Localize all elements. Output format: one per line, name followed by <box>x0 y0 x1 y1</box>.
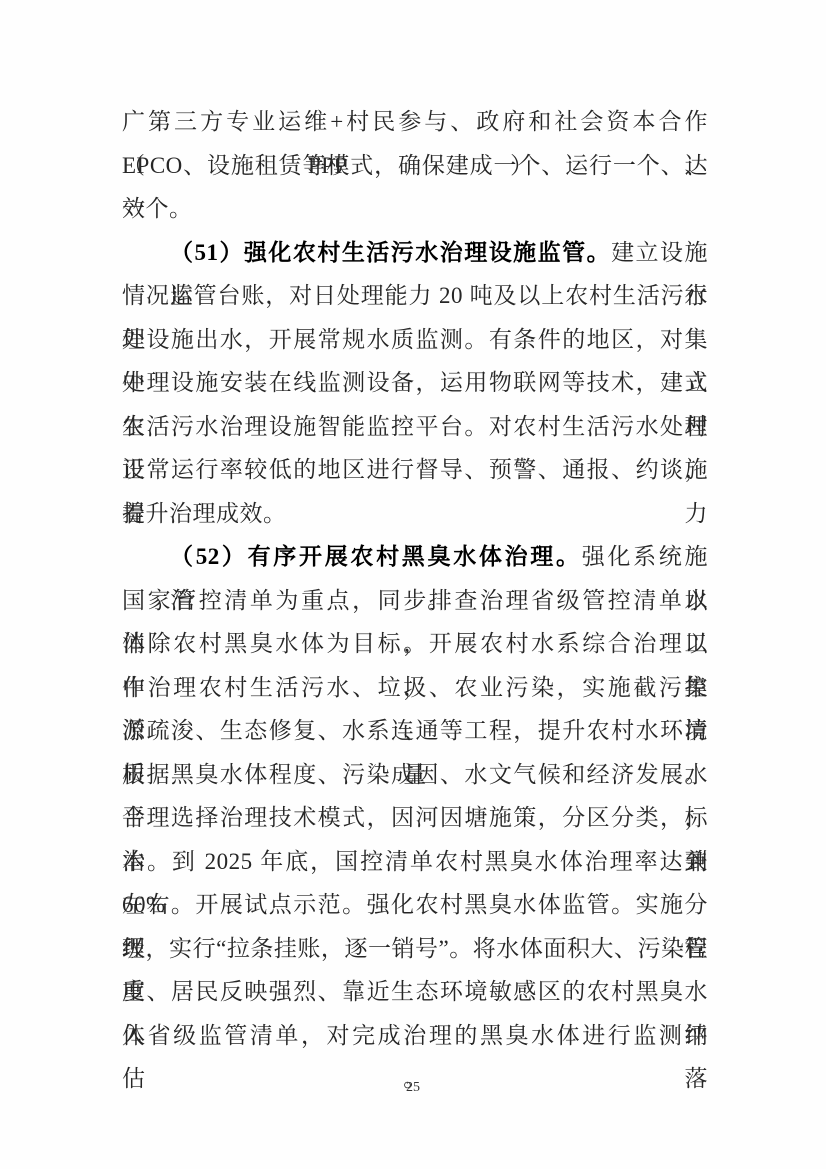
text-line: 国家管控清单为重点，同步排查治理省级管控清单水体。以 <box>122 579 708 623</box>
text-line: 入省级监管清单，对完成治理的黑臭水体进行监测评估。落 <box>122 1014 708 1058</box>
document-body: 广第三方专业运维+村民参与、政府和社会资本合作（PPP）、EPCO、设施租赁等模… <box>122 100 708 1057</box>
text-line: 理，实行“拉条挂账，逐一销号”。将水体面积大、污染程度 <box>122 927 708 971</box>
page-footer: 25 <box>0 1078 826 1096</box>
text-line: 一个。 <box>122 187 708 231</box>
text-line: 合理选择治理技术模式，因河因塘施策，分区分类，标本兼 <box>122 796 708 840</box>
text-line: 淤疏浚、生态修复、水系连通等工程，提升农村水环境质量。 <box>122 709 708 753</box>
text-line: 正常运行率较低的地区进行督导、预警、通报、约谈，着力 <box>122 448 708 492</box>
paragraph-heading-run: （52）有序开展农村黑臭水体治理。 <box>170 544 582 569</box>
text-line: 中治理农村生活污水、垃圾、农业污染，实施截污控源、清 <box>122 666 708 710</box>
paragraph-heading-run: （51）强化农村生活污水治理设施监管。 <box>170 240 611 265</box>
text-line: 理设施出水，开展常规水质监测。有条件的地区，对集中式 <box>122 318 708 362</box>
text-line: 治。到 2025 年底，国控清单农村黑臭水体治理率达到 60% <box>122 840 708 884</box>
text-run: 提升治理成效。 <box>122 501 287 526</box>
text-line: EPCO、设施租赁等模式，确保建成一个、运行一个、达效 <box>122 144 708 188</box>
text-line: 重、居民反映强烈、靠近生态环境敏感区的农村黑臭水体纳 <box>122 970 708 1014</box>
text-line: 情况监管台账，对日处理能力 20 吨及以上农村生活污水处 <box>122 274 708 318</box>
text-line: 处理设施安装在线监测设备，运用物联网等技术，建立农村 <box>122 361 708 405</box>
text-run: 一个。 <box>122 196 193 221</box>
text-line: 左右。开展试点示范。强化农村黑臭水体监管。实施分级管 <box>122 883 708 927</box>
text-line: 消除农村黑臭水体为目标，开展农村水系综合治理工作，集 <box>122 622 708 666</box>
page-number: 25 <box>406 1080 420 1095</box>
text-line: 根据黑臭水体程度、污染成因、水文气候和经济发展水平， <box>122 753 708 797</box>
text-line: （51）强化农村生活污水治理设施监管。建立设施运行 <box>122 231 708 275</box>
document-page: 广第三方专业运维+村民参与、政府和社会资本合作（PPP）、EPCO、设施租赁等模… <box>0 0 826 1169</box>
text-line: 广第三方专业运维+村民参与、政府和社会资本合作（PPP）、 <box>122 100 708 144</box>
text-line: （52）有序开展农村黑臭水体治理。强化系统施治。以 <box>122 535 708 579</box>
text-line: 生活污水治理设施智能监控平台。对农村生活污水处理设施 <box>122 405 708 449</box>
